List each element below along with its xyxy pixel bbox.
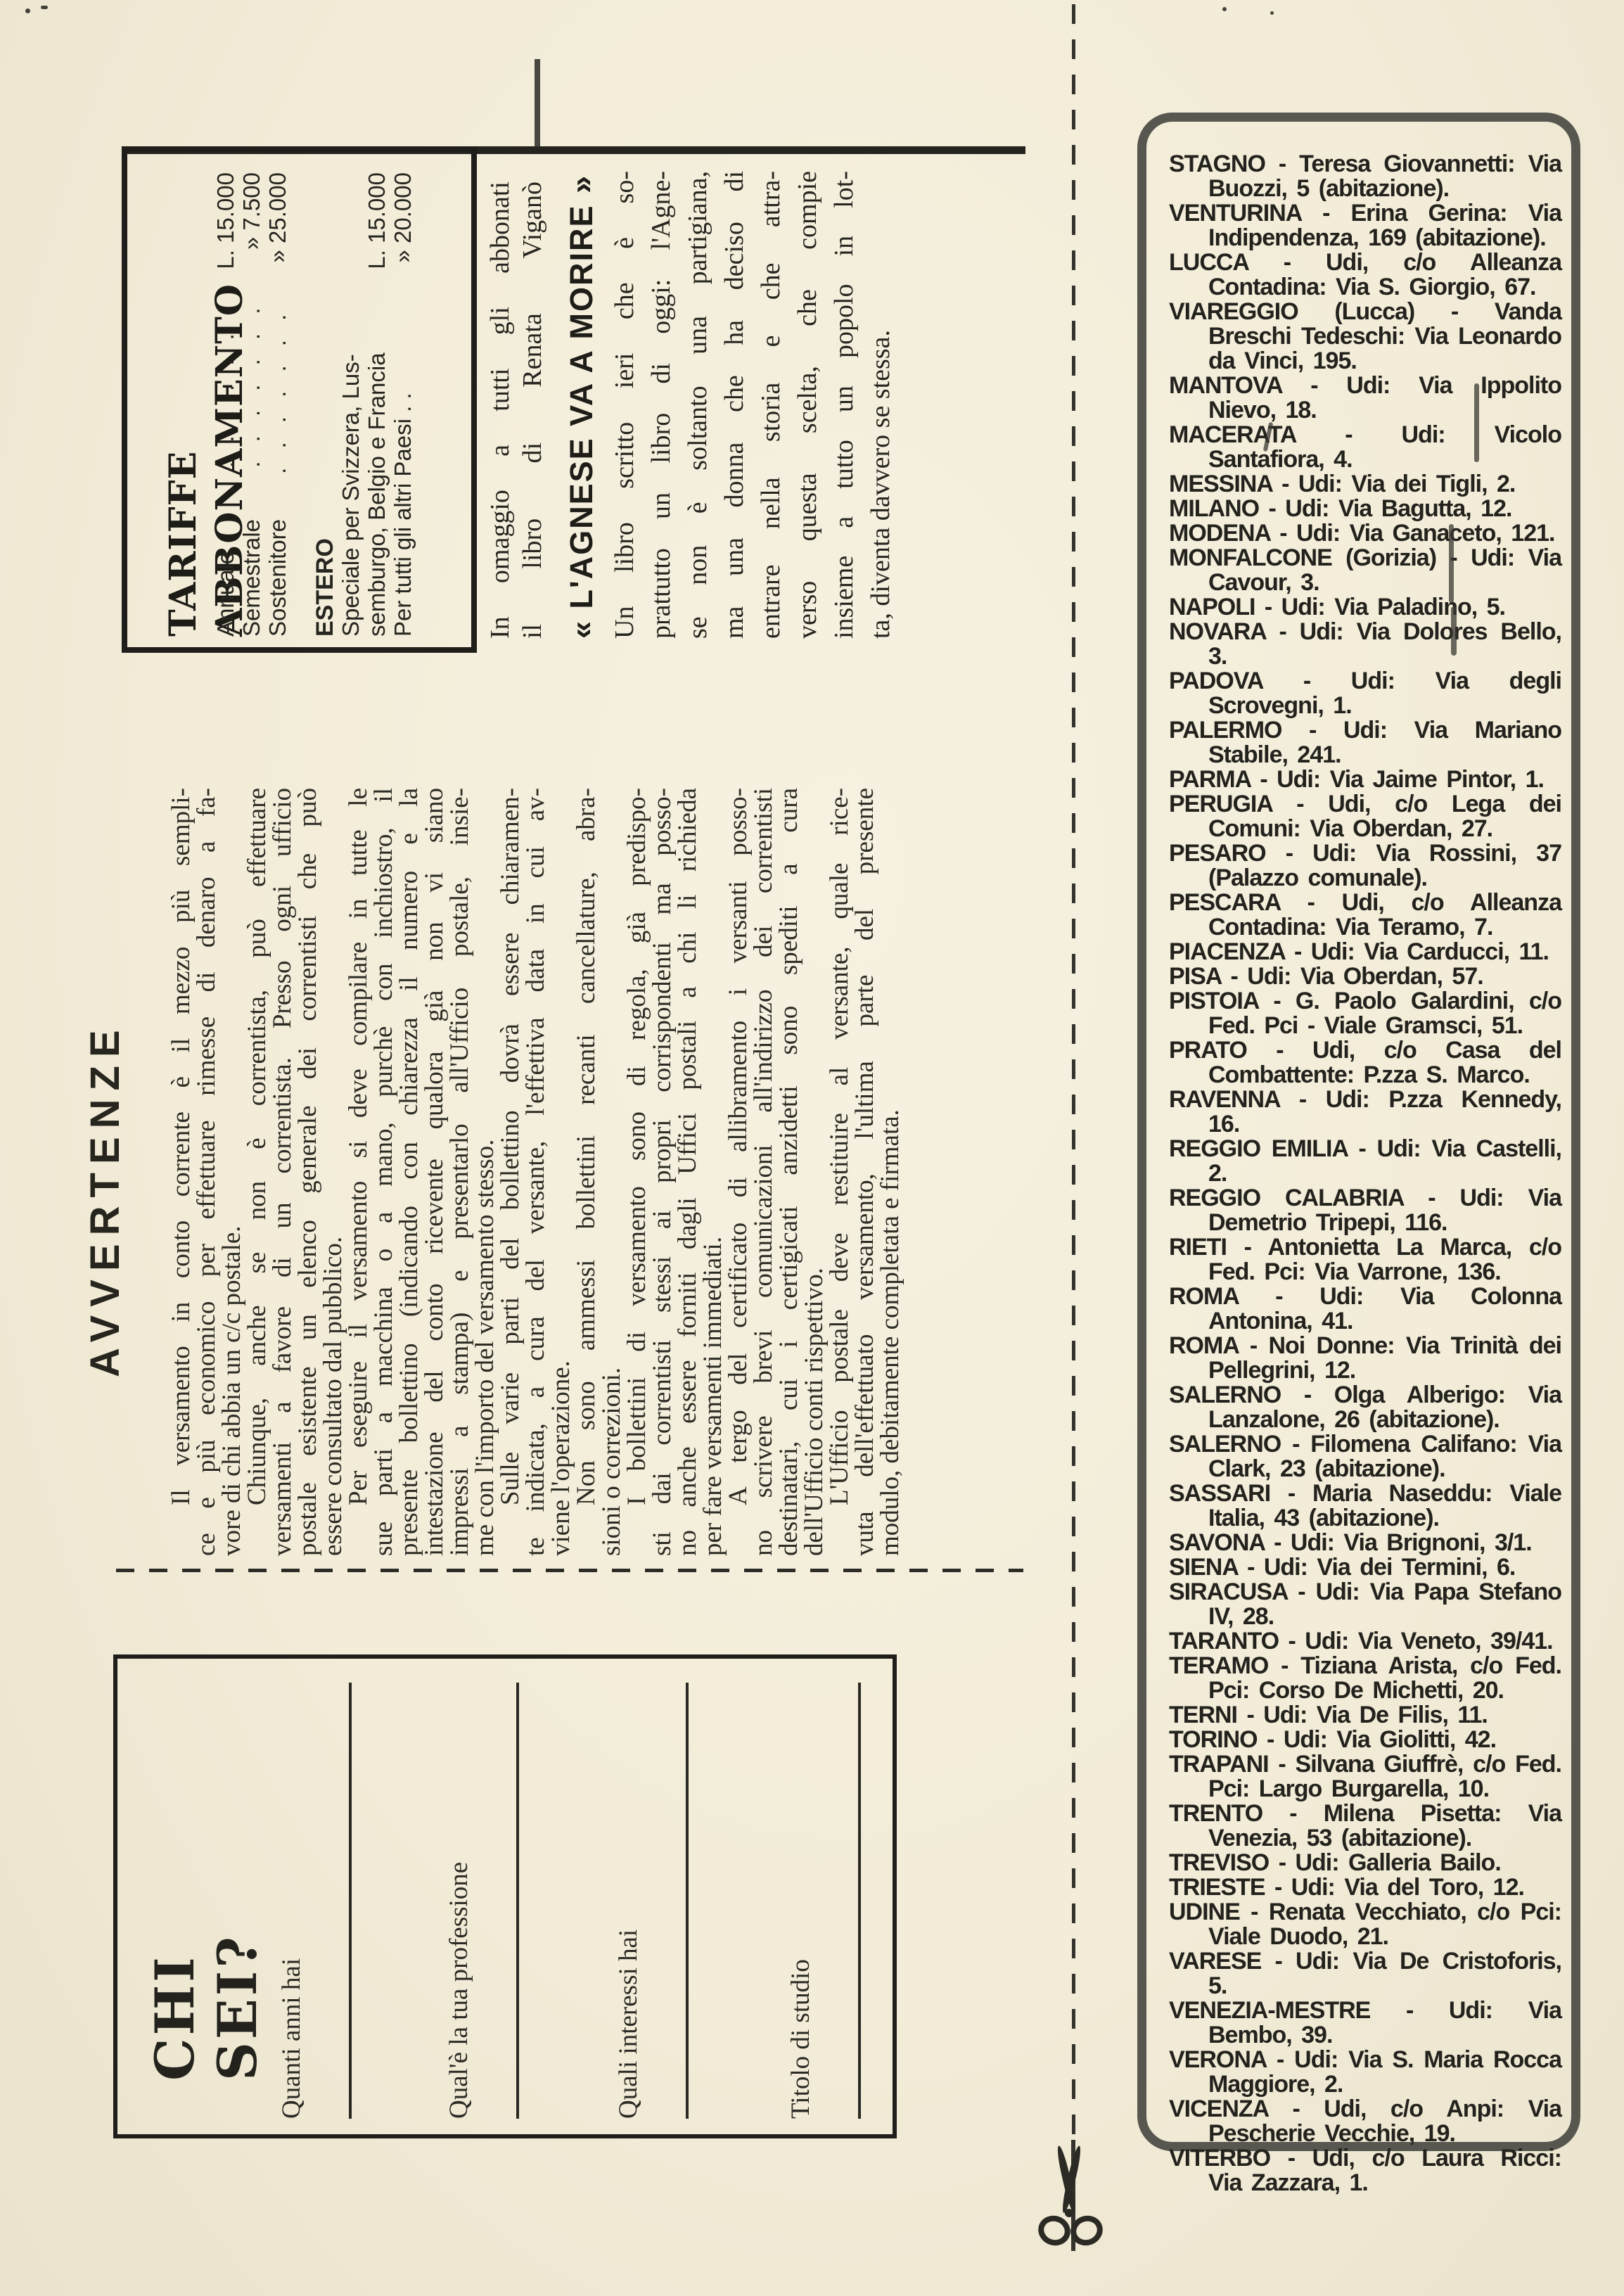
address-entry: PISTOIA - G. Paolo Galardini, c/o Fed. P… [1169,989,1561,1038]
address-entry: VIAREGGIO (Lucca) - Vanda Breschi Tedesc… [1169,300,1561,374]
avvertenze-line: sti dai correntisti stessi ai propri cor… [650,788,675,1556]
avvertenze-line: postale esistente un elenco generale dei… [295,788,321,1556]
address-entry: SAVONA - Udi: Via Brignoni, 3/1. [1169,1531,1561,1555]
estero-rate-row: Per tutti gli altri Paesi . . » 20.000 [390,172,416,637]
gift-line: il libro di Renata Viganò [516,181,549,639]
address-entry: NOVARA - Udi: Via Dolores Bello, 3. [1169,620,1561,669]
estero-value: L. 15.000 [364,172,390,269]
cut-line-dashed [1072,4,1075,2143]
avvertenze-line: Chiunque, anche se non è correntista, pu… [245,788,270,1556]
blurb-line: entrare nella storia e che attra- [753,171,789,639]
avvertenze-line: presente bollettino (indicando con chiar… [397,788,422,1556]
estero-heading: ESTERO [312,172,338,637]
chi-sei-heading: CHI SEI? [143,1799,269,2081]
ink-mark [535,59,540,148]
avvertenze-line: dell'Ufficio conti rispettivo. [802,788,827,1556]
avvertenze-line: per fare versamenti immediati. [701,788,726,1556]
avvertenze-line: modulo, debitamente completata e firmata… [878,788,903,1556]
field-blank-line[interactable] [686,1683,689,2119]
paper-speck [1270,11,1274,15]
dashed-divider [116,1569,1023,1572]
estero-value: » 20.000 [390,172,416,262]
rate-label: Semestrale [238,519,265,637]
book-title: « L'AGNESE VA A MORIRE » [563,174,601,639]
estero-rate-list: Speciale per Svizzera, Lus- semburgo, Be… [338,172,416,637]
address-entry: MANTOVA - Udi: Via Ippolito Nievo, 18. [1169,374,1561,423]
avvertenze-line: te indicata, a cura del versante, l'effe… [523,788,549,1556]
avvertenze-line: I bollettini di versamento sono di regol… [625,788,650,1556]
address-entry: STAGNO - Teresa Giovannetti: Via Buozzi,… [1169,152,1561,201]
address-entry: PRATO - Udi, c/o Casa del Combattente: P… [1169,1038,1561,1088]
dot-leader: . . . . . . . [238,250,265,519]
avvertenze-line: sue parti a macchina o a mano, purchè co… [371,788,397,1556]
estero-rate-row: Speciale per Svizzera, Lus- [338,172,364,637]
avvertenze-body: Il versamento in conto corrente è il mez… [169,788,903,1556]
rate-value: » 25.000 [264,172,291,262]
dot-leader: . . . . . . . [264,262,291,519]
rate-value: L. 15.000 [212,172,239,269]
field-blank-line[interactable] [858,1683,861,2119]
avvertenze-line: vuta dell'effettuato versamento, l'ultim… [852,788,878,1556]
address-entry: TRENTO - Milena Pisetta: Via Venezia, 53… [1169,1801,1561,1851]
address-entry: PISA - Udi: Via Oberdan, 57. [1169,964,1561,989]
address-entry: SIRACUSA - Udi: Via Papa Stefano IV, 28. [1169,1580,1561,1629]
address-entry: SALERNO - Olga Alberigo: Via Lanzalone, … [1169,1383,1561,1432]
chi-sei-field-age: Quanti anni hai [276,1683,352,2119]
address-entry: MODENA - Udi: Via Ganaceto, 121. [1169,521,1561,546]
address-entry: PADOVA - Udi: Via degli Scrovegni, 1. [1169,669,1561,718]
address-entry: VITERBO - Udi, c/o Laura Ricci: Via Zazz… [1169,2146,1561,2195]
address-entry: PESCARA - Udi, c/o Alleanza Contadina: V… [1169,891,1561,940]
ink-streak [1449,524,1454,603]
tariff-rate-row: Annuale . . . . . . . L. 15.000 [212,172,238,637]
paper-speck [41,6,48,9]
avvertenze-heading: AVVERTENZE [82,903,129,1377]
address-entry: REGGIO CALABRIA - Udi: Via Demetrio Trip… [1169,1186,1561,1235]
scanned-magazine-page: TARIFFE ABBONAMENTO Annuale . . . . . . … [0,0,1624,2296]
avvertenze-line: versamenti a favore di un correntista. P… [270,788,295,1556]
scissors-icon [1028,2144,1110,2251]
address-entry: VICENZA - Udi, c/o Anpi: Via Pescherie V… [1169,2097,1561,2146]
blurb-line: ta, diventa davvero se stessa. [862,171,899,639]
address-entry: PERUGIA - Udi, c/o Lega dei Comuni: Via … [1169,792,1561,841]
avvertenze-line: me con l'importo del versamento stesso. [473,788,498,1556]
address-entry: LUCCA - Udi, c/o Alleanza Contadina: Via… [1169,250,1561,300]
tariff-content: TARIFFE ABBONAMENTO Annuale . . . . . . … [160,172,416,637]
address-entry: MESSINA - Udi: Via dei Tigli, 2. [1169,472,1561,497]
field-label: Titolo di studio [785,1683,858,2119]
address-entry: SALERNO - Filomena Califano: Via Clark, … [1169,1432,1561,1481]
avvertenze-line: impressi a stampa) e presentarlo all'Uff… [447,788,473,1556]
field-label: Quali interessi hai [613,1683,686,2119]
estero-text: Per tutti gli altri Paesi . . [390,393,416,637]
gift-line: In omaggio a tutti gli abbonati [484,181,516,639]
avvertenze-line: sioni o correzioni. [599,788,625,1556]
blurb-line: se non è soltanto una partigiana, [679,171,716,639]
avvertenze-line: no scrivere brevi comunicazioni all'indi… [751,788,776,1556]
avvertenze-line: no anche essere forniti dagli Uffici pos… [675,788,701,1556]
avvertenze-line: Il versamento in conto corrente è il mez… [169,788,194,1556]
rate-label: Sostenitore [264,519,291,637]
avvertenze-line: essere consultato dal pubblico. [321,788,346,1556]
address-entry: PIACENZA - Udi: Via Carducci, 11. [1169,940,1561,964]
address-entry: TERNI - Udi: Via De Filis, 11. [1169,1703,1561,1728]
tariff-rate-row: Sostenitore . . . . . . . » 25.000 [264,172,290,637]
address-entry: VENEZIA-MESTRE - Udi: Via Bembo, 39. [1169,1998,1561,2048]
ink-streak [1451,606,1457,656]
avvertenze-line: Sulle varie parti del bollettino dovrà e… [498,788,523,1556]
avvertenze-line: vore di chi abbia un c/c postale. [219,788,245,1556]
estero-text: semburgo, Belgio e Francia [364,352,390,637]
address-entry: TERAMO - Tiziana Arista, c/o Fed. Pci: C… [1169,1654,1561,1703]
avvertenze-line: ce e più economico per effettuare rimess… [194,788,219,1556]
blurb-line: insieme a tutto un popolo in lot- [826,171,862,639]
avvertenze-line: Per eseguire il versamento si deve compi… [346,788,371,1556]
address-list-box: STAGNO - Teresa Giovannetti: Via Buozzi,… [1137,113,1580,2151]
tariff-rate-list: Annuale . . . . . . . L. 15.000 Semestra… [212,172,290,637]
address-entry: REGGIO EMILIA - Udi: Via Castelli, 2. [1169,1137,1561,1186]
address-entry: VENTURINA - Erina Gerina: Via Indipenden… [1169,201,1561,250]
estero-text: Speciale per Svizzera, Lus- [338,354,364,637]
address-entry: VARESE - Udi: Via De Cristoforis, 5. [1169,1949,1561,1998]
gift-note: In omaggio a tutti gli abbonatiil libro … [484,181,549,639]
avvertenze-line: destinatari, cui i certigicati anzidetti… [776,788,802,1556]
blurb-line: ma una donna che ha deciso di [716,171,753,639]
rate-label: Annuale [212,551,239,637]
address-entry: ROMA - Udi: Via Colonna Antonina, 41. [1169,1284,1561,1334]
field-label: Quanti anni hai [276,1683,349,2119]
avvertenze-line: L'Ufficio postale deve restituire al ver… [827,788,852,1556]
ink-streak [1474,383,1479,462]
address-entry: PESARO - Udi: Via Rossini, 37 (Palazzo c… [1169,841,1561,891]
avvertenze-line: A tergo del certificato di allibramento … [726,788,751,1556]
address-entry: TRIESTE - Udi: Via del Toro, 12. [1169,1875,1561,1900]
blurb-line: verso questa scelta, che compie [789,171,826,639]
rate-value: » 7.500 [238,172,265,250]
address-entry: TREVISO - Udi: Galleria Bailo. [1169,1851,1561,1875]
address-entry: TARANTO - Udi: Via Veneto, 39/41. [1169,1629,1561,1654]
tariff-heading: TARIFFE ABBONAMENTO [160,172,212,637]
chi-sei-field-education: Titolo di studio [785,1683,861,2119]
address-entry: PALERMO - Udi: Via Mariano Stabile, 241. [1169,718,1561,767]
estero-rate-row: semburgo, Belgio e Francia L. 15.000 [364,172,390,637]
address-entry: MONFALCONE (Gorizia) - Udi: Via Cavour, … [1169,546,1561,595]
avvertenze-line: Non sono ammessi bollettini recanti canc… [574,788,599,1556]
avvertenze-line: viene l'operazione. [549,788,574,1556]
book-blurb: Un libro scritto ieri che è so-prattutto… [606,171,899,639]
address-entry: UDINE - Renata Vecchiato, c/o Pci: Viale… [1169,1900,1561,1949]
chi-sei-field-interests: Quali interessi hai [613,1683,689,2119]
address-entry: MACERATA - Udi: Vicolo Santafiora, 4. [1169,423,1561,472]
tariff-rate-row: Semestrale . . . . . . . » 7.500 [238,172,264,637]
address-entry: SASSARI - Maria Naseddu: Viale Italia, 4… [1169,1481,1561,1531]
avvertenze-line: intestazione del conto ricevente qualora… [422,788,447,1556]
field-label: Qual'è la tua professione [443,1683,516,2119]
address-list: STAGNO - Teresa Giovannetti: Via Buozzi,… [1169,152,1561,2195]
paper-speck [25,8,30,13]
dot-leader: . . . . . . . [212,269,239,551]
paper-speck [1222,7,1227,11]
address-entry: RAVENNA - Udi: P.zza Kennedy, 16. [1169,1088,1561,1137]
address-entry: SIENA - Udi: Via dei Termini, 6. [1169,1555,1561,1580]
address-entry: TORINO - Udi: Via Giolitti, 42. [1169,1728,1561,1752]
address-entry: NAPOLI - Udi: Via Paladino, 5. [1169,595,1561,620]
address-entry: MILANO - Udi: Via Bagutta, 12. [1169,497,1561,521]
field-blank-line[interactable] [516,1683,519,2119]
address-entry: RIETI - Antonietta La Marca, c/o Fed. Pc… [1169,1235,1561,1284]
field-blank-line[interactable] [349,1683,352,2119]
address-entry: VERONA - Udi: Via S. Maria Rocca Maggior… [1169,2048,1561,2097]
address-entry: PARMA - Udi: Via Jaime Pintor, 1. [1169,767,1561,792]
chi-sei-field-profession: Qual'è la tua professione [443,1683,519,2119]
blurb-line: Un libro scritto ieri che è so- [606,171,643,639]
address-entry: ROMA - Noi Donne: Via Trinità dei Pelleg… [1169,1334,1561,1383]
address-entry: TRAPANI - Silvana Giuffrè, c/o Fed. Pci:… [1169,1752,1561,1801]
blurb-line: prattutto un libro di oggi: l'Agne- [643,171,679,639]
